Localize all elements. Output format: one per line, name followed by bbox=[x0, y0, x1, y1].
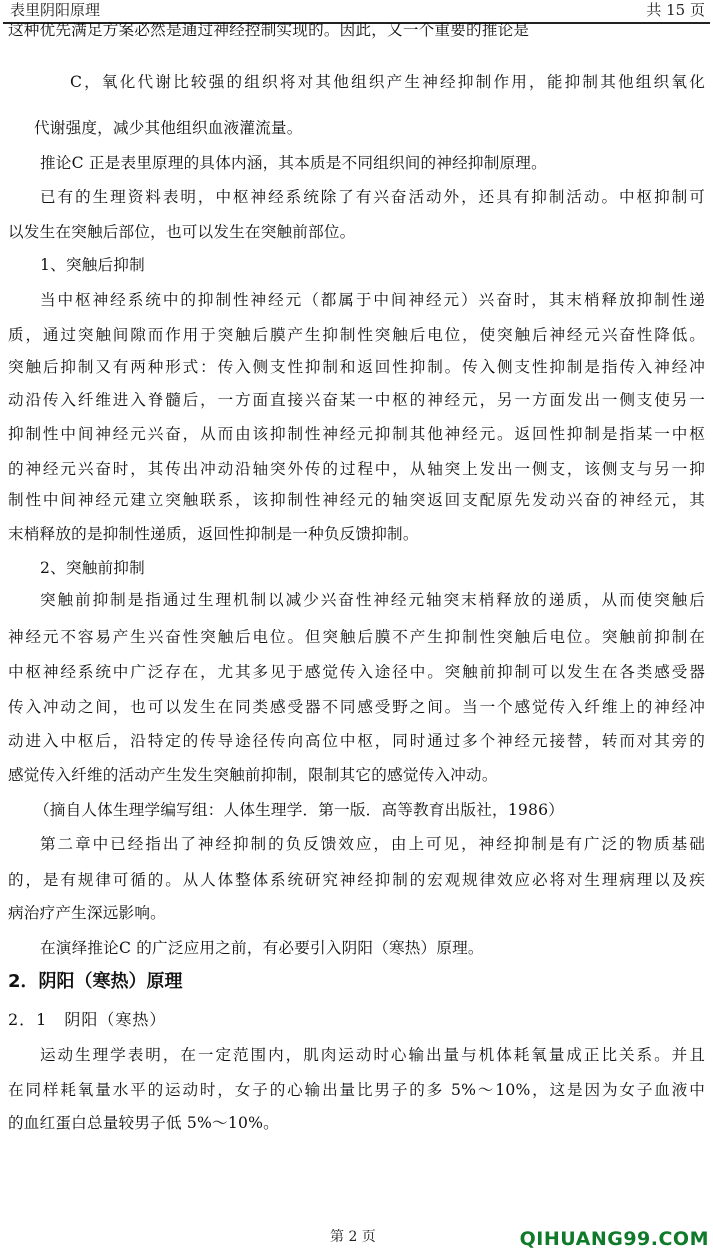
footer-page-number: 第 2 页 bbox=[330, 1228, 376, 1246]
text-line: 动进入中枢后，沿特定的传导途径传向高位中枢，同时通过多个神经元接替，转而对其旁的 bbox=[8, 729, 705, 753]
header-title: 表里阴阳原理 bbox=[10, 0, 100, 20]
text-line: 质，通过突触间隙而作用于突触后膜产生抑制性突触后电位，使突触后神经元兴奋性降低。 bbox=[8, 323, 705, 347]
text-line: 当中枢神经系统中的抑制性神经元（都属于中间神经元）兴奋时，其末梢释放抑制性递 bbox=[40, 288, 705, 312]
text-line: 制性中间神经元建立突触联系，该抑制性神经元的轴突返回支配原先发动兴奋的神经元，其 bbox=[8, 488, 705, 512]
text-line: C，氧化代谢比较强的组织将对其他组织产生神经抑制作用，能抑制其他组织氧化 bbox=[70, 70, 705, 94]
header-page-count: 共 15 页 bbox=[646, 0, 705, 20]
text-line: 第二章中已经指出了神经抑制的负反馈效应，由上可见，神经抑制是有广泛的物质基础 bbox=[40, 832, 705, 856]
text-line: 在同样耗氧量水平的运动时，女子的心输出量比男子的多 5%～10%，这是因为女子血… bbox=[8, 1078, 705, 1102]
text-line: 神经元不容易产生兴奋性突触后电位。但突触后膜不产生抑制性突触后电位。突触前抑制在 bbox=[8, 625, 705, 649]
text-line: 感觉传入纤维的活动产生发生突触前抑制，限制其它的感觉传入冲动。 bbox=[8, 763, 705, 787]
text-line: 推论C 正是表里原理的具体内涵，其本质是不同组织间的神经抑制原理。 bbox=[40, 151, 705, 175]
text-line: 抑制性中间神经元兴奋，从而由该抑制性神经元抑制其他神经元。返回性抑制是指某一中枢 bbox=[8, 422, 705, 446]
text-line: 这种优先满足方案必然是通过神经控制实现的。因此，又一个重要的推论是 bbox=[8, 18, 705, 42]
text-line: 的，是有规律可循的。从人体整体系统研究神经抑制的宏观规律效应必将对生理病理以及疾 bbox=[8, 868, 705, 892]
text-line: 的神经元兴奋时，其传出冲动沿轴突外传的过程中，从轴突上发出一侧支，该侧支与另一抑 bbox=[8, 457, 705, 481]
text-line: 传入冲动之间，也可以发生在同类感受器不同感受野之间。当一个感觉传入纤维上的神经冲 bbox=[8, 695, 705, 719]
subsection-heading: 2．1 阴阳（寒热） bbox=[8, 1008, 166, 1032]
text-line: （摘自人体生理学编写组：人体生理学．第一版．高等教育出版社，1986） bbox=[34, 798, 705, 822]
text-line: 1、突触后抑制 bbox=[40, 253, 705, 277]
text-line: 末梢释放的是抑制性递质，返回性抑制是一种负反馈抑制。 bbox=[8, 522, 705, 546]
section-heading: 2．阴阳（寒热）原理 bbox=[8, 970, 183, 994]
text-line: 以发生在突触后部位，也可以发生在突触前部位。 bbox=[8, 220, 705, 244]
text-line: 2、突触前抑制 bbox=[40, 556, 705, 580]
text-line: 动沿传入纤维进入脊髓后，一方面直接兴奋某一中枢的神经元，另一方面发出一侧支使另一 bbox=[8, 388, 705, 412]
text-line: 突触后抑制又有两种形式：传入侧支性抑制和返回性抑制。传入侧支性抑制是指传入神经冲 bbox=[8, 355, 705, 379]
text-line: 病治疗产生深远影响。 bbox=[8, 901, 705, 925]
text-line: 突触前抑制是指通过生理机制以减少兴奋性神经元轴突末梢释放的递质，从而使突触后 bbox=[40, 588, 705, 612]
text-line: 已有的生理资料表明，中枢神经系统除了有兴奋活动外，还具有抑制活动。中枢抑制可 bbox=[40, 185, 705, 209]
text-line: 代谢强度，减少其他组织血液灌流量。 bbox=[34, 116, 705, 140]
text-line: 运动生理学表明，在一定范围内，肌肉运动时心输出量与机体耗氧量成正比关系。并且 bbox=[40, 1043, 705, 1067]
site-watermark: QIHUANG99.COM bbox=[520, 1228, 709, 1250]
text-line: 在演绎推论C 的广泛应用之前，有必要引入阴阳（寒热）原理。 bbox=[40, 936, 705, 960]
text-line: 的血红蛋白总量较男子低 5%～10%。 bbox=[8, 1111, 705, 1135]
text-line: 中枢神经系统中广泛存在，尤其多见于感觉传入途径中。突触前抑制可以发生在各类感受器 bbox=[8, 660, 705, 684]
